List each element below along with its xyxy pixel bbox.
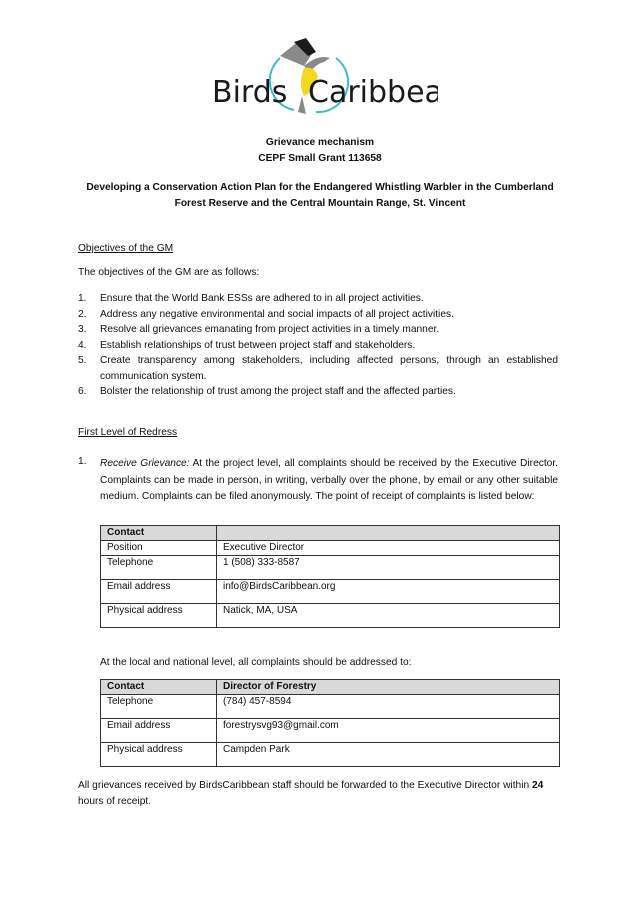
birdscaribbean-logo: Birds Caribbean: [208, 36, 438, 116]
document-title: Grievance mechanism: [70, 137, 570, 148]
list-item: 1.Ensure that the World Bank ESSs are ad…: [78, 291, 558, 307]
grant-number: CEPF Small Grant 113658: [70, 153, 570, 164]
bird-logo-icon: Birds Caribbean: [208, 36, 438, 116]
item-label: Receive Grievance:: [100, 458, 190, 469]
receive-grievance-item: 1. Receive Grievance: At the project lev…: [78, 456, 558, 506]
svg-text:Birds: Birds: [212, 75, 287, 110]
email-link[interactable]: info@BirdsCaribbean.org: [217, 580, 560, 604]
first-level-heading: First Level of Redress: [78, 427, 177, 438]
list-item: 5.Create transparency among stakeholders…: [78, 353, 558, 384]
project-title: Developing a Conservation Action Plan fo…: [70, 180, 570, 212]
objectives-heading: Objectives of the GM: [78, 243, 173, 254]
objectives-intro: The objectives of the GM are as follows:: [78, 267, 259, 278]
list-item: 6.Bolster the relationship of trust amon…: [78, 384, 558, 400]
list-item: 3.Resolve all grievances emanating from …: [78, 322, 558, 338]
item-number: 1.: [78, 456, 87, 467]
local-level-intro: At the local and national level, all com…: [100, 657, 411, 668]
forestry-contact-table: ContactDirector of Forestry Telephone(78…: [100, 679, 560, 767]
project-title-line2: Forest Reserve and the Central Mountain …: [70, 196, 570, 212]
objectives-list: 1.Ensure that the World Bank ESSs are ad…: [78, 291, 558, 400]
svg-text:Caribbean: Caribbean: [308, 75, 438, 110]
email-link[interactable]: forestrysvg93@gmail.com: [217, 719, 560, 743]
forwarding-note: All grievances received by BirdsCaribbea…: [78, 778, 558, 809]
project-title-line1: Developing a Conservation Action Plan fo…: [70, 180, 570, 196]
list-item: 2.Address any negative environmental and…: [78, 307, 558, 323]
list-item: 4.Establish relationships of trust betwe…: [78, 338, 558, 354]
executive-contact-table: Contact PositionExecutive Director Telep…: [100, 525, 560, 628]
